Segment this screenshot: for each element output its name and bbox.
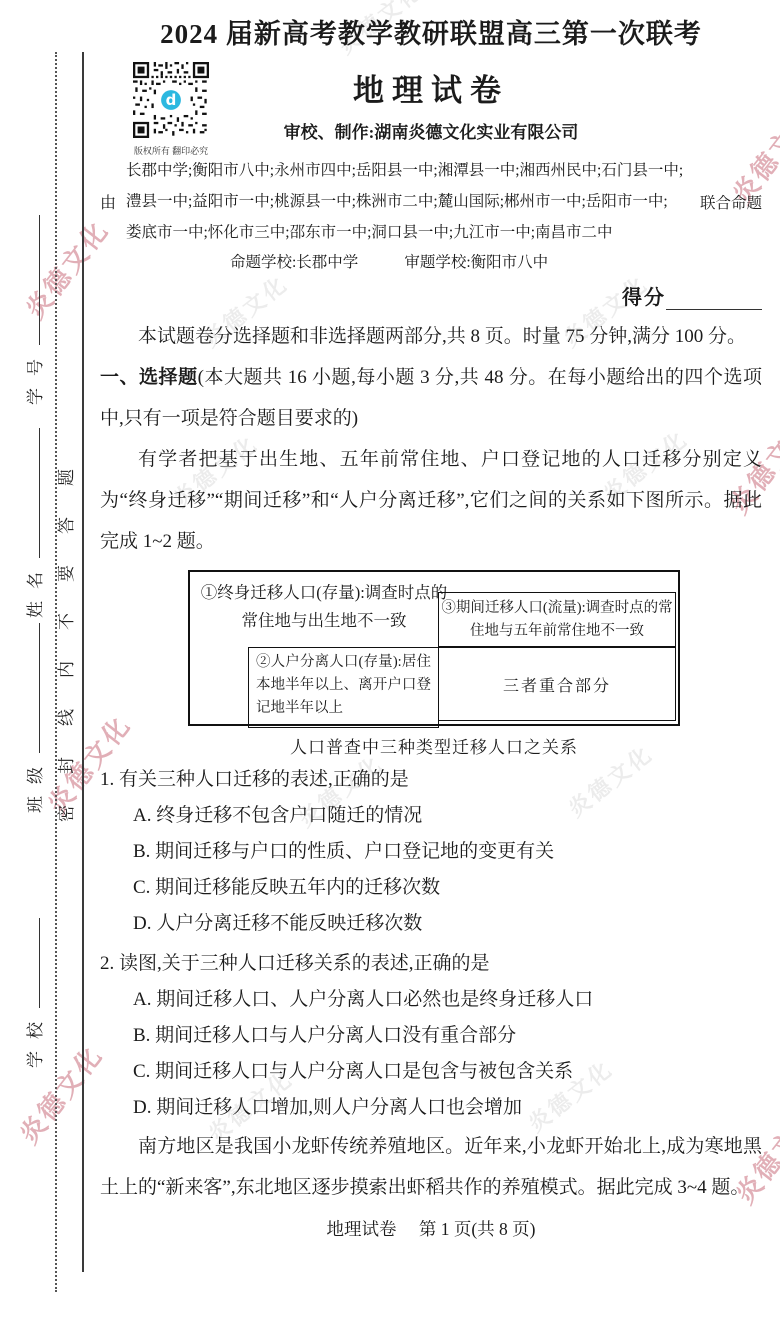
- proposer-school: 命题学校:长郡中学: [230, 251, 358, 275]
- schools-line: 娄底市一中;怀化市三中;邵东市一中;洞口县一中;九江市一中;南昌市二中: [126, 217, 694, 248]
- intro-paragraph: 本试题卷分选择题和非选择题两部分,共 8 页。时量 75 分钟,满分 100 分…: [100, 316, 762, 357]
- score-label: 得分: [622, 281, 666, 310]
- question-stem: 1. 有关三种人口迁移的表述,正确的是: [100, 762, 762, 798]
- field-blank: [27, 428, 40, 558]
- question-1: 1. 有关三种人口迁移的表述,正确的是 A. 终身迁移不包含户口随迁的情况 B.…: [100, 762, 762, 942]
- diagram-caption: 人口普查中三种类型迁移人口之关系: [188, 733, 680, 758]
- question-option: B. 期间迁移与户口的性质、户口登记地的变更有关: [100, 834, 762, 870]
- page-footer: 地理试卷 第 1 页(共 8 页): [100, 1216, 762, 1241]
- question-stem: 2. 读图,关于三种人口迁移关系的表述,正确的是: [100, 946, 762, 982]
- qr-code-block: d 版权所有 翻印必究: [132, 62, 210, 157]
- question-option: C. 期间迁移人口与人户分离人口是包含与被包含关系: [100, 1054, 762, 1090]
- section-heading-rest: (本大题共 16 小题,每小题 3 分,共 48 分。在每小题给出的四个选项中,…: [100, 367, 762, 429]
- score-blank: [666, 287, 762, 310]
- diagram-box-lifetime-migration: ①终身迁移人口(存量):调查时点的常住地与出生地不一致: [198, 579, 450, 635]
- margin-field-name: 姓名: [20, 428, 46, 618]
- section-heading: 一、选择题(本大题共 16 小题,每小题 3 分,共 48 分。在每小题给出的四…: [100, 357, 762, 439]
- score-block: 得分: [100, 280, 762, 310]
- margin-field-class: 班级: [20, 623, 46, 813]
- main-content: 2024 届新高考教学教研联盟高三第一次联考: [100, 12, 762, 1241]
- schools-line: 长郡中学;衡阳市八中;永州市四中;岳阳县一中;湘潭县一中;湘西州民中;石门县一中…: [126, 155, 694, 186]
- question-option: C. 期间迁移能反映五年内的迁移次数: [100, 870, 762, 906]
- schools-suffix: 联合命题: [700, 191, 762, 213]
- seal-line-text: 密封线内不要答题: [52, 430, 76, 830]
- svg-text:d: d: [166, 91, 177, 109]
- schools-prefix: 由: [100, 190, 126, 213]
- question-option: B. 期间迁移人口与人户分离人口没有重合部分: [100, 1018, 762, 1054]
- margin-field-school: 学校: [20, 918, 46, 1068]
- question-option: A. 终身迁移不包含户口随迁的情况: [100, 798, 762, 834]
- margin-field-student-id: 学号: [20, 215, 46, 405]
- section-heading-bold: 一、选择题: [100, 367, 198, 388]
- diagram-box-separated-population: ②人户分离人口(存量):居住本地半年以上、离开户口登记地半年以上: [248, 647, 439, 728]
- joint-schools-block: 由 长郡中学;衡阳市八中;永州市四中;岳阳县一中;湘潭县一中;湘西州民中;石门县…: [100, 155, 762, 248]
- field-label: 学号: [21, 347, 46, 405]
- schools-line: 澧县一中;益阳市一中;桃源县一中;株洲市二中;麓山国际;郴州市一中;岳阳市一中;: [126, 186, 694, 217]
- question-option: D. 期间迁移人口增加,则人户分离人口也会增加: [100, 1090, 762, 1126]
- qr-caption: 版权所有 翻印必究: [132, 144, 210, 157]
- schools-lines: 长郡中学;衡阳市八中;永州市四中;岳阳县一中;湘潭县一中;湘西州民中;石门县一中…: [126, 155, 694, 248]
- question-2: 2. 读图,关于三种人口迁移关系的表述,正确的是 A. 期间迁移人口、人户分离人…: [100, 946, 762, 1126]
- diagram-overlap-cell: 三者重合部分: [438, 647, 676, 721]
- exam-paper-page: { "page": { "title": "2024 届新高考教学教研联盟高三第…: [0, 0, 780, 1344]
- diagram-box-period-migration: ③期间迁移人口(流量):调查时点的常住地与五年前常住地不一致: [438, 592, 676, 647]
- field-label: 学校: [21, 1010, 46, 1068]
- proposer-row: 命题学校:长郡中学 审题学校:衡阳市八中: [230, 251, 762, 275]
- reviewer-school: 审题学校:衡阳市八中: [404, 251, 548, 275]
- field-label: 班级: [21, 755, 46, 813]
- stimulus-paragraph-2: 南方地区是我国小龙虾传统养殖地区。近年来,小龙虾开始北上,成为寒地黑土上的“新来…: [100, 1126, 762, 1208]
- qr-code: d: [133, 62, 209, 138]
- migration-diagram: ①终身迁移人口(存量):调查时点的常住地与出生地不一致 ③期间迁移人口(流量):…: [188, 570, 680, 726]
- field-blank: [27, 215, 40, 345]
- footer-page-number: 第 1 页(共 8 页): [419, 1219, 536, 1239]
- footer-paper-name: 地理试卷: [326, 1219, 396, 1239]
- question-option: D. 人户分离迁移不能反映迁移次数: [100, 906, 762, 942]
- exam-title: 2024 届新高考教学教研联盟高三第一次联考: [100, 12, 762, 51]
- field-label: 姓名: [21, 560, 46, 618]
- stimulus-paragraph-1: 有学者把基于出生地、五年前常住地、户口登记地的人口迁移分别定义为“终身迁移”“期…: [100, 439, 762, 562]
- field-blank: [27, 918, 40, 1008]
- seal-solid-line: [82, 52, 84, 1272]
- field-blank: [27, 623, 40, 753]
- question-option: A. 期间迁移人口、人户分离人口必然也是终身迁移人口: [100, 982, 762, 1018]
